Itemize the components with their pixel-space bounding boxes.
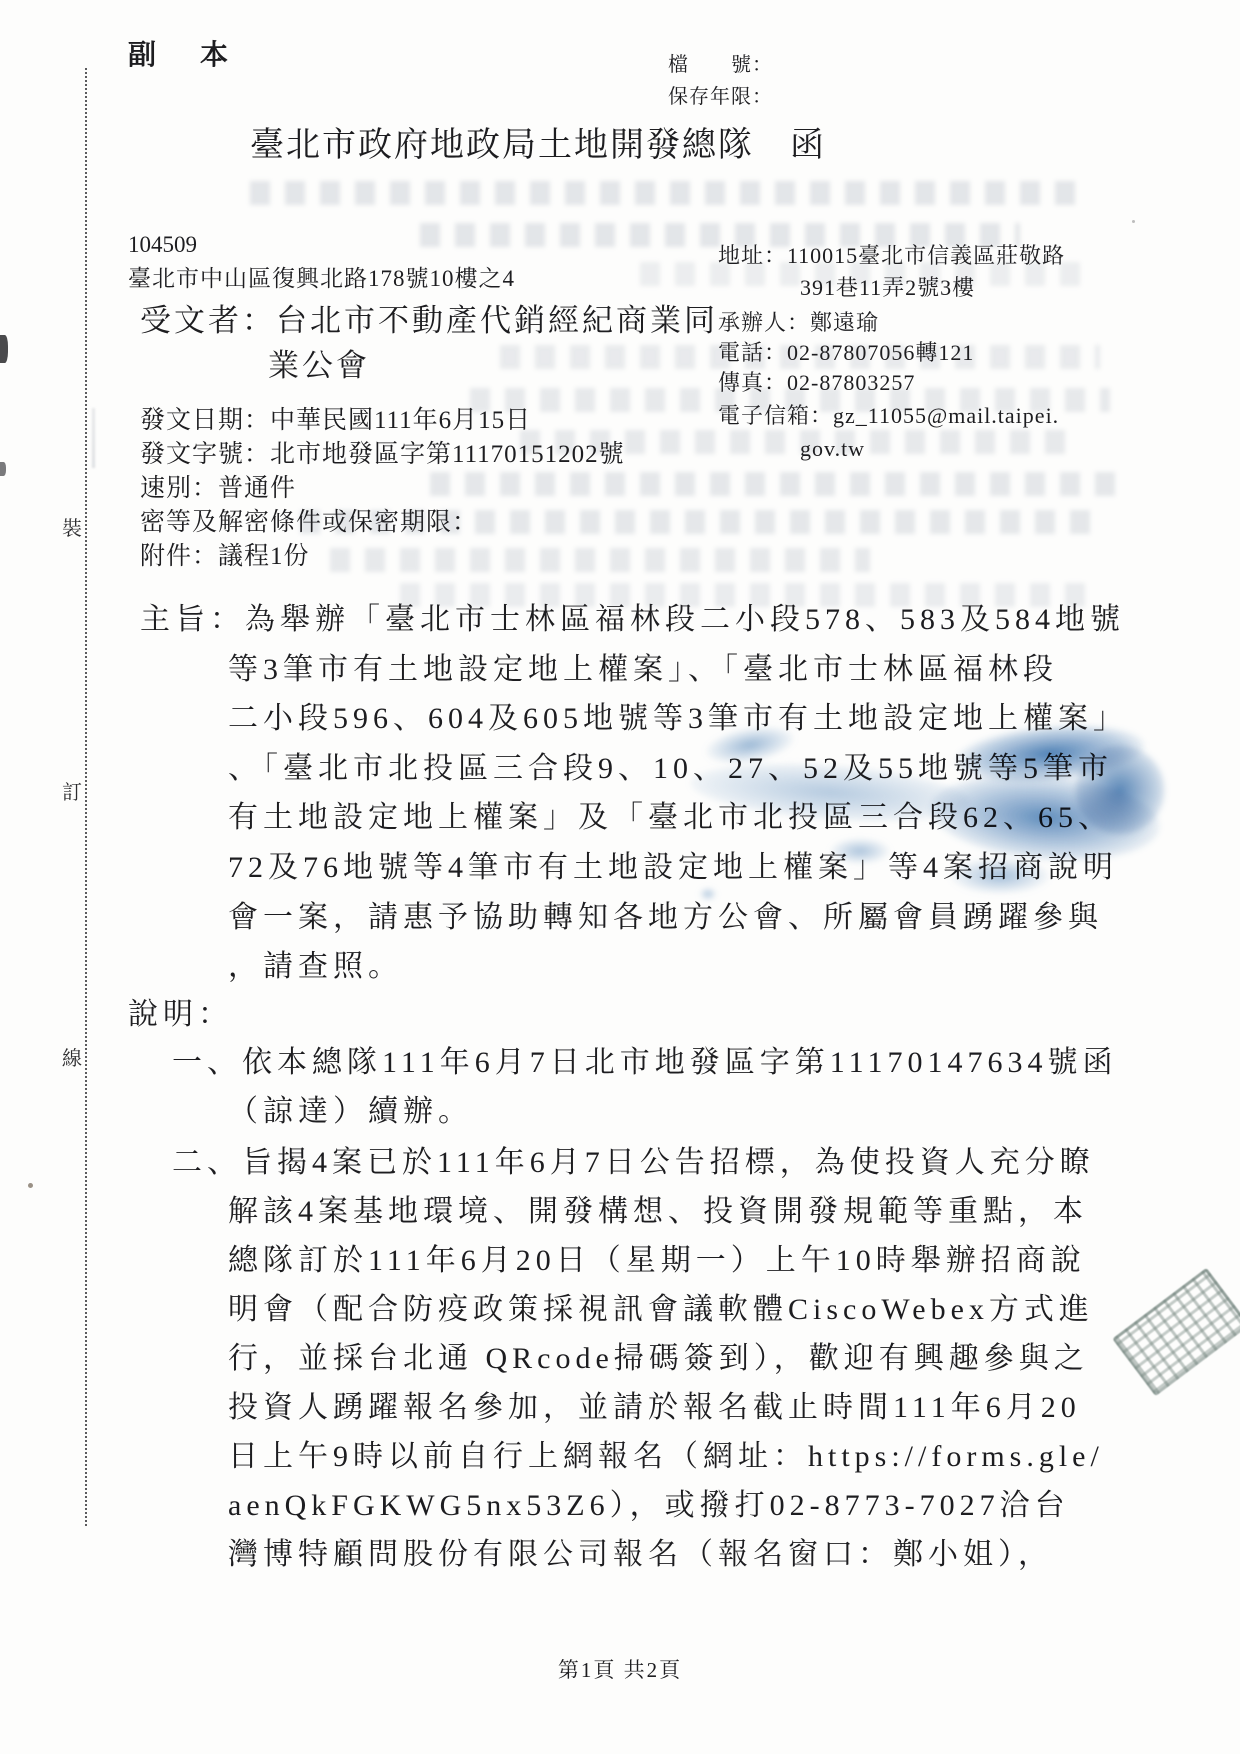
scan-edge-mark — [0, 462, 6, 476]
binding-mark-xian: 線 — [62, 1048, 82, 1071]
subject-line: 有土地設定地上權案」及「臺北市北投區三合段62、65、 — [228, 801, 1113, 834]
description-item-2-line: 日上午9時以前自行上網報名（網址：https://forms.gle/ — [228, 1440, 1104, 1473]
contact-fax: 傳真：02-87803257 — [718, 370, 915, 395]
description-item-1-line: 一、依本總隊111年6月7日北市地發區字第11170147634號函 — [172, 1046, 1118, 1079]
subject-line: ，請查照。 — [228, 950, 403, 983]
copy-label: 副 本 — [128, 40, 236, 72]
binding-mark-ding: 訂 — [62, 782, 82, 805]
contact-email-line-1: 電子信箱：gz_11055@mail.taipei. — [718, 403, 1059, 428]
recipient-line-1: 受文者：台北市不動產代銷經紀商業同 — [140, 303, 718, 339]
delivery-speed: 速別：普通件 — [140, 475, 296, 504]
description-item-2-line: aenQkFGKWG5nx53Z6），或撥打02-8773-7027洽台 — [228, 1489, 1070, 1522]
recipient-line-2: 業公會 — [268, 348, 370, 384]
file-number-label: 檔 號： — [668, 50, 773, 81]
description-item-2-line: 投資人踴躍報名參加，並請於報名截止時間111年6月20 — [228, 1391, 1081, 1424]
description-item-2-line: 灣博特顧問股份有限公司報名（報名窗口：鄭小姐）， — [228, 1538, 1053, 1571]
description-item-2-line: 總隊訂於111年6月20日（星期一）上午10時舉辦招商說 — [228, 1244, 1086, 1277]
issue-number: 發文字號：北市地發區字第11170151202號 — [140, 441, 625, 470]
scan-speck — [28, 1183, 33, 1188]
subject-line: 等3筆市有土地設定地上權案」、「臺北市士林區福林段 — [228, 653, 1058, 686]
bleed-through-row — [430, 472, 1120, 496]
binding-dotted-line — [85, 68, 87, 1526]
binding-mark-zhuang: 裝 — [62, 518, 82, 541]
bleed-through-row — [330, 548, 870, 572]
description-label: 說明： — [128, 998, 233, 1031]
scanned-official-letter-page: 裝 訂 線 副 本 檔 號： 保存年限： 臺北市政府地政局土地開發總隊 函 10… — [0, 0, 1240, 1754]
description-item-2-line: 解該4案基地環境、開發構想、投資開發規範等重點，本 — [228, 1195, 1088, 1228]
security-classification: 密等及解密條件或保密期限： — [140, 509, 478, 538]
subject-line: 72及76地號等4筆市有土地設定地上權案」等4案招商說明 — [228, 851, 1118, 884]
contact-address-line-1: 地址：110015臺北市信義區莊敬路 — [718, 243, 1065, 268]
retention-period-label: 保存年限： — [668, 82, 773, 113]
description-item-2-line: 二、旨揭4案已於111年6月7日公告招標，為使投資人充分瞭 — [172, 1146, 1095, 1179]
page-number: 第1頁 共2頁 — [0, 1658, 1240, 1682]
subject-line: 主旨：為舉辦「臺北市士林區福林段二小段578、583及584地號 — [140, 603, 1125, 636]
contact-person: 承辦人：鄭遠瑜 — [718, 310, 879, 335]
pencil-mark — [92, 408, 95, 468]
bleed-through-row — [250, 181, 1090, 205]
description-item-2-line: 行，並採台北通 QRcode掃碼簽到），歡迎有興趣參與之 — [228, 1342, 1089, 1375]
scan-speck — [1132, 220, 1135, 223]
subject-line: 會一案，請惠予協助轉知各地方公會、所屬會員踴躍參與 — [228, 901, 1103, 934]
document-title: 臺北市政府地政局土地開發總隊 函 — [250, 126, 826, 165]
description-item-1-line: （諒達）續辦。 — [228, 1095, 473, 1128]
sender-address: 臺北市中山區復興北路178號10樓之4 — [128, 266, 515, 292]
attachment-note: 附件：議程1份 — [140, 543, 310, 572]
subject-line: 二小段596、604及605地號等3筆市有土地設定地上權案」 — [228, 702, 1128, 735]
seal-stamp — [1112, 1268, 1240, 1397]
document-id: 104509 — [128, 232, 197, 258]
scan-edge-mark — [0, 335, 8, 363]
issue-date: 發文日期：中華民國111年6月15日 — [140, 407, 531, 436]
contact-email-line-2: gov.tw — [800, 436, 865, 461]
subject-line: 、「臺北市北投區三合段9、10、27、52及55地號等5筆市 — [228, 752, 1113, 785]
contact-address-line-2: 391巷11弄2號3樓 — [800, 275, 975, 300]
ink-smudge — [700, 888, 716, 900]
contact-phone: 電話：02-87807056轉121 — [718, 340, 974, 365]
description-item-2-line: 明會（配合防疫政策採視訊會議軟體CiscoWebex方式進 — [228, 1293, 1094, 1326]
